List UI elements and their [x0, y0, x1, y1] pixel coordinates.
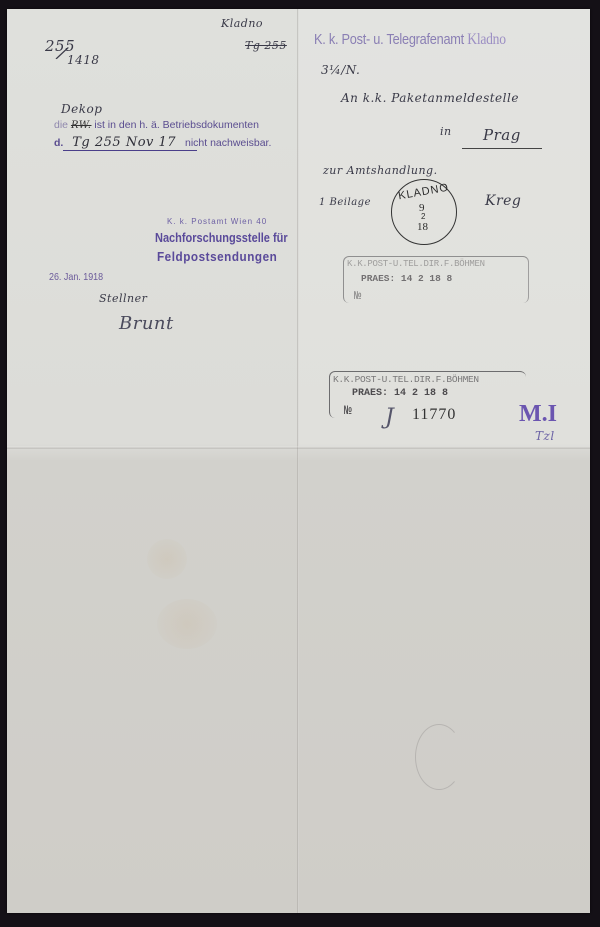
place-handwritten: Kladno [221, 17, 263, 30]
receipt-number: 11770 [412, 406, 456, 424]
receipt-stamp-2-number-label: № [344, 403, 352, 418]
printed-line-2: d. Tg 255 Nov 17 nicht nachweisbar. [54, 135, 271, 150]
receipt-stamp-2-line1: K.K.POST-U.TEL.DIR.F.BÖHMEN [333, 374, 479, 385]
sender-signature: Kreg [485, 193, 521, 209]
document-sheet: 255 / 1418 Kladno Tg 255 Dekop die RW. i… [7, 9, 590, 913]
receipt-stamp-1-line2: PRAES: 14 2 18 8 [361, 273, 452, 284]
header-stamp-place: Kladno [467, 31, 506, 48]
ref-number-bottom: 1418 [67, 53, 100, 67]
date-stamp: 26. Jan. 1918 [49, 271, 103, 283]
department-initials: Tzl [535, 429, 555, 443]
receipt-number-prefix: J [385, 405, 394, 430]
purpose: zur Amtshandlung. [323, 164, 438, 177]
paper-stain [157, 599, 217, 649]
paper-stain [147, 539, 187, 579]
fill-underline [63, 150, 197, 151]
kladno-postmark: KLADNO 9 2 18 [391, 179, 457, 245]
line2-fill: Tg 255 Nov 17 [66, 135, 182, 150]
postmark-year: 18 [417, 221, 428, 233]
postmark-town: KLADNO [397, 182, 450, 203]
line1-struck: RW. [71, 120, 92, 131]
postmark-month: 2 [421, 212, 425, 221]
ghost-postmark-bleedthrough [415, 724, 463, 790]
line2-suffix: nicht nachweisbar. [185, 137, 271, 149]
office-stamp-line1: K. k. Postamt Wien 40 [167, 217, 267, 226]
header-stamp: K. k. Post- u. Telegrafenamt Kladno [314, 31, 506, 49]
vertical-fold [297, 9, 299, 913]
struck-reference: Tg 255 [245, 39, 287, 52]
header-stamp-prefix: K. k. Post- u. Telegrafenamt [314, 31, 464, 48]
horizontal-fold [7, 446, 590, 449]
printed-line-1: die RW. ist in den h. ä. Betriebsdokumen… [54, 119, 259, 131]
signature-2: Brunt [119, 313, 174, 334]
receipt-stamp-2-line2: PRAES: 14 2 18 8 [352, 388, 448, 399]
handwritten-name: Dekop [61, 102, 102, 116]
office-stamp-line3: Feldpostsendungen [157, 249, 277, 264]
city-underline [462, 148, 542, 149]
office-stamp-line2: Nachforschungsstelle für [155, 231, 288, 245]
line1-prefix: die [54, 119, 68, 131]
city: Prag [483, 126, 521, 144]
line1-text: ist in den h. ä. Betriebsdokumenten [94, 119, 259, 131]
enclosure: 1 Beilage [319, 197, 371, 208]
in-label: in [440, 125, 452, 138]
receipt-stamp-1-line1: K.K.POST-U.TEL.DIR.F.BÖHMEN [347, 259, 485, 269]
addressee-line: An k.k. Paketanmeldestelle [341, 91, 519, 105]
receipt-stamp-1-number-label: № [354, 289, 361, 303]
department-mark: M.I [519, 401, 557, 428]
line2-prefix: d. [54, 137, 63, 149]
ref-note: 3¼/N. [321, 63, 360, 77]
signature-1: Stellner [99, 292, 147, 305]
